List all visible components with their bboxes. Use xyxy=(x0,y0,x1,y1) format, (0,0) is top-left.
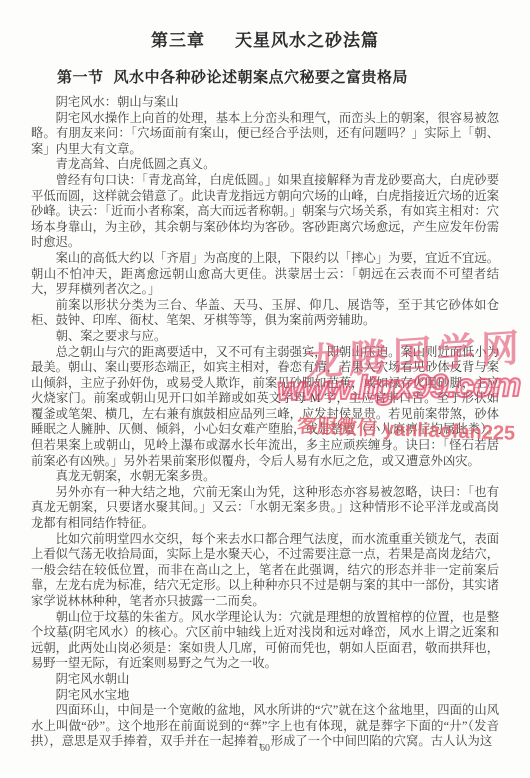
paragraph: 阴宅风水操作上向首的处理，基本上分峦头和理气，而峦头上的朝案，很容易被忽略。有朋… xyxy=(31,111,499,158)
body-text: 阴宅风水：朝山与案山 阴宅风水操作上向首的处理，基本上分峦头和理气，而峦头上的朝… xyxy=(31,95,499,750)
paragraph: 真龙无朝案，水朝无案多贵。 xyxy=(31,469,499,485)
chapter-name: 天星风水之砂法篇 xyxy=(235,31,379,50)
paragraph: 青龙高耸、白虎低圆之真义。 xyxy=(31,157,499,173)
paragraph: 阴宅风水宝地 xyxy=(31,688,499,704)
paragraph: 前案以形状分类为三台、华盖、天马、玉屏、仰几、展诰等，至于其它砂体如仓柜、鼓钟、… xyxy=(31,298,499,329)
paragraph: 案山的高低大约以「齐眉」为高度的上限，下限约以「摔心」为要，宜近不宜远。朝山不怕… xyxy=(31,251,499,298)
paragraph: 比如穴前明堂四水交织，每个来去水口都合理气法度，而水流重重关锁龙气，表面上看似气… xyxy=(31,532,499,610)
paragraph: 朝山位于坟墓的朱雀方。风水学理论认为：穴就是理想的放置棺椁的位置，也是整个坟墓(… xyxy=(31,610,499,672)
section-title: 第一节风水中各种砂论述朝案点穴秘要之富贵格局 xyxy=(57,66,500,87)
paragraph: 总之朝山与穴的距离要适中，又不可有主弱强宾，即朝山压迫。案山则近而低小为最美。朝… xyxy=(31,345,499,470)
book-page: 第三章天星风水之砂法篇 第一节风水中各种砂论述朝案点穴秘要之富贵格局 阴宅风水：… xyxy=(0,0,530,778)
page-number: 60 xyxy=(0,743,530,754)
chapter-label: 第三章 xyxy=(151,31,205,50)
paragraph: 另外亦有一种大结之地，穴前无案山为凭，这种形态亦容易被忽略，诀曰：「也有真龙无朝… xyxy=(31,485,499,532)
paragraph: 阴宅风水朝山 xyxy=(31,672,499,688)
paragraph: 曾经有句口诀：「青龙高耸，白虎低圆。」如果直接解释为青龙砂要高大，白虎砂要平低而… xyxy=(31,173,499,251)
section-label: 第一节 xyxy=(57,70,104,86)
section-name: 风水中各种砂论述朝案点穴秘要之富贵格局 xyxy=(114,70,409,86)
paragraph: 阴宅风水：朝山与案山 xyxy=(31,95,499,111)
paragraph: 朝、案之要求与应。 xyxy=(31,329,499,345)
chapter-title: 第三章天星风水之砂法篇 xyxy=(0,0,530,51)
